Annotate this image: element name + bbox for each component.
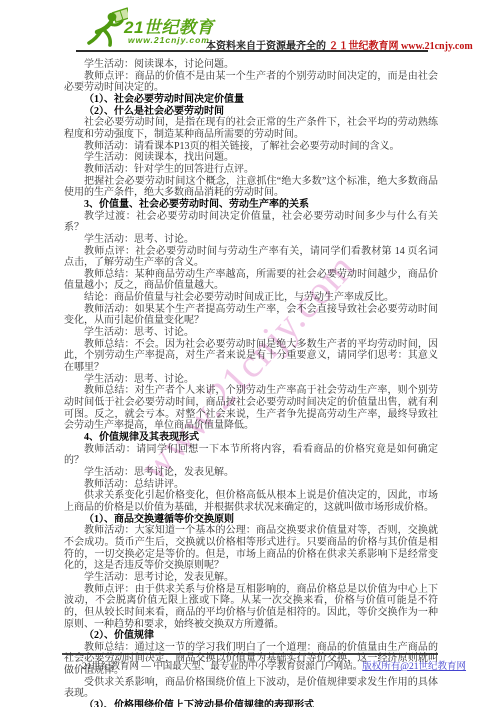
document-page: 21世纪教育 www.21cnjy.com 本资料来自于资源最齐全的 ２１世纪教… [0, 0, 500, 707]
logo-url-text: www.21cnjy.com [128, 35, 210, 45]
section-heading: （1）、商品交换遵循等价交换原则 [64, 514, 438, 526]
paragraph: 教师活动：大家知道一个基本的公理：商品交换要求价值量对等，否则，交换就不会成功。… [64, 525, 438, 572]
paragraph: 教师活动：总结讲评。 [64, 479, 438, 491]
paragraph: 供求关系变化引起价格变化，但价格高低从根本上说是价值决定的，因此，市场上商品的价… [64, 490, 438, 513]
paragraph: 社会必要劳动时间，是指在现有的社会正常的生产条件下，社会平均的劳动熟练程度和劳动… [64, 117, 438, 140]
paragraph: 学生活动：思考讨论，发表见解。 [64, 572, 438, 584]
section-heading: 4、价值规律及其表现形式 [64, 432, 438, 444]
paragraph: 学生活动：阅读课本，找出问题。 [64, 152, 438, 164]
paragraph: 教学过渡：社会必要劳动时间决定价值量，社会必要劳动时间多少与什么有关系？ [64, 211, 438, 234]
paragraph: 学生活动：阅读课本，讨论问题。 [64, 59, 438, 71]
paragraph: 学生活动：思考、讨论。 [64, 327, 438, 339]
paragraph: 学生活动：思考、讨论。 [64, 374, 438, 386]
site-logo: 21世纪教育 www.21cnjy.com [86, 6, 216, 52]
section-heading: （2）、价值规律 [64, 630, 438, 642]
paragraph: 教师活动：请看课本P13页的相关链接，了解社会必要劳动时间的含义。 [64, 141, 438, 153]
paragraph: 教师总结：对生产者个人来讲，个别劳动生产率高于社会劳动生产率，则个别劳动时间低于… [64, 385, 438, 432]
paragraph: 教师点评：社会必要劳动时间与劳动生产率有关，请同学们看教材第 14 页名词点击，… [64, 246, 438, 269]
paragraph: 学生活动：思考、讨论。 [64, 234, 438, 246]
paragraph: 教师总结：通过这一节的学习我们明白了一个道理：商品的价值量由生产商品的社会必要劳… [64, 642, 438, 677]
paragraph: 教师活动：请同学们回想一下本节所将内容，看看商品的价格究竟是如何确定的？ [64, 444, 438, 467]
paragraph: 结论：商品价值量与社会必要劳动时间成正比，与劳动生产率成反比。 [64, 292, 438, 304]
paragraph: 教师点评：商品的价值不是由某一个生产者的个别劳动时间决定的，而是由社会必要劳动时… [64, 71, 438, 94]
header-divider [76, 50, 428, 52]
section-heading: 3、价值量、社会必要劳动时间、劳动生产率的关系 [64, 199, 438, 211]
paragraph: 教师点评：由于供求关系与价格是互相影响的，商品价格总是以价值为中心上下波动，不会… [64, 584, 438, 631]
paragraph: 教师活动：如果某个生产者提高劳动生产率，会不会直接导致社会必要劳动时间变化，从而… [64, 304, 438, 327]
section-heading: （2）、什么是社会必要劳动时间 [64, 106, 438, 118]
running-person-with-book-icon [86, 6, 128, 52]
paragraph: 教师总结：某种商品劳动生产率越高，所需要的社会必要劳动时间越少，商品价值量越小；… [64, 269, 438, 292]
document-body: 学生活动：阅读课本，讨论问题。教师点评：商品的价值不是由某一个生产者的个别劳动时… [64, 59, 438, 707]
paragraph: 受供求关系影响，商品价格围绕价值上下波动，是价值规律要求发生作用的具体表现。 [64, 677, 438, 700]
paragraph: 教师总结：不会。因为社会必要劳动时间是绝大多数生产者的平均劳动时间，因此，个别劳… [64, 339, 438, 374]
section-heading: （1）、社会必要劳动时间决定价值量 [64, 94, 438, 106]
paragraph: 把握社会必要劳动时间这个概念，注意抓住“绝大多数”这个标准，绝大多数商品使用的生… [64, 176, 438, 199]
section-heading: （3）、价格围绕价值上下波动是价值规律的表现形式 [64, 700, 438, 707]
paragraph: 学生活动：思考讨论，发表见解。 [64, 467, 438, 479]
paragraph: 教师活动：针对学生的回答进行点评。 [64, 164, 438, 176]
